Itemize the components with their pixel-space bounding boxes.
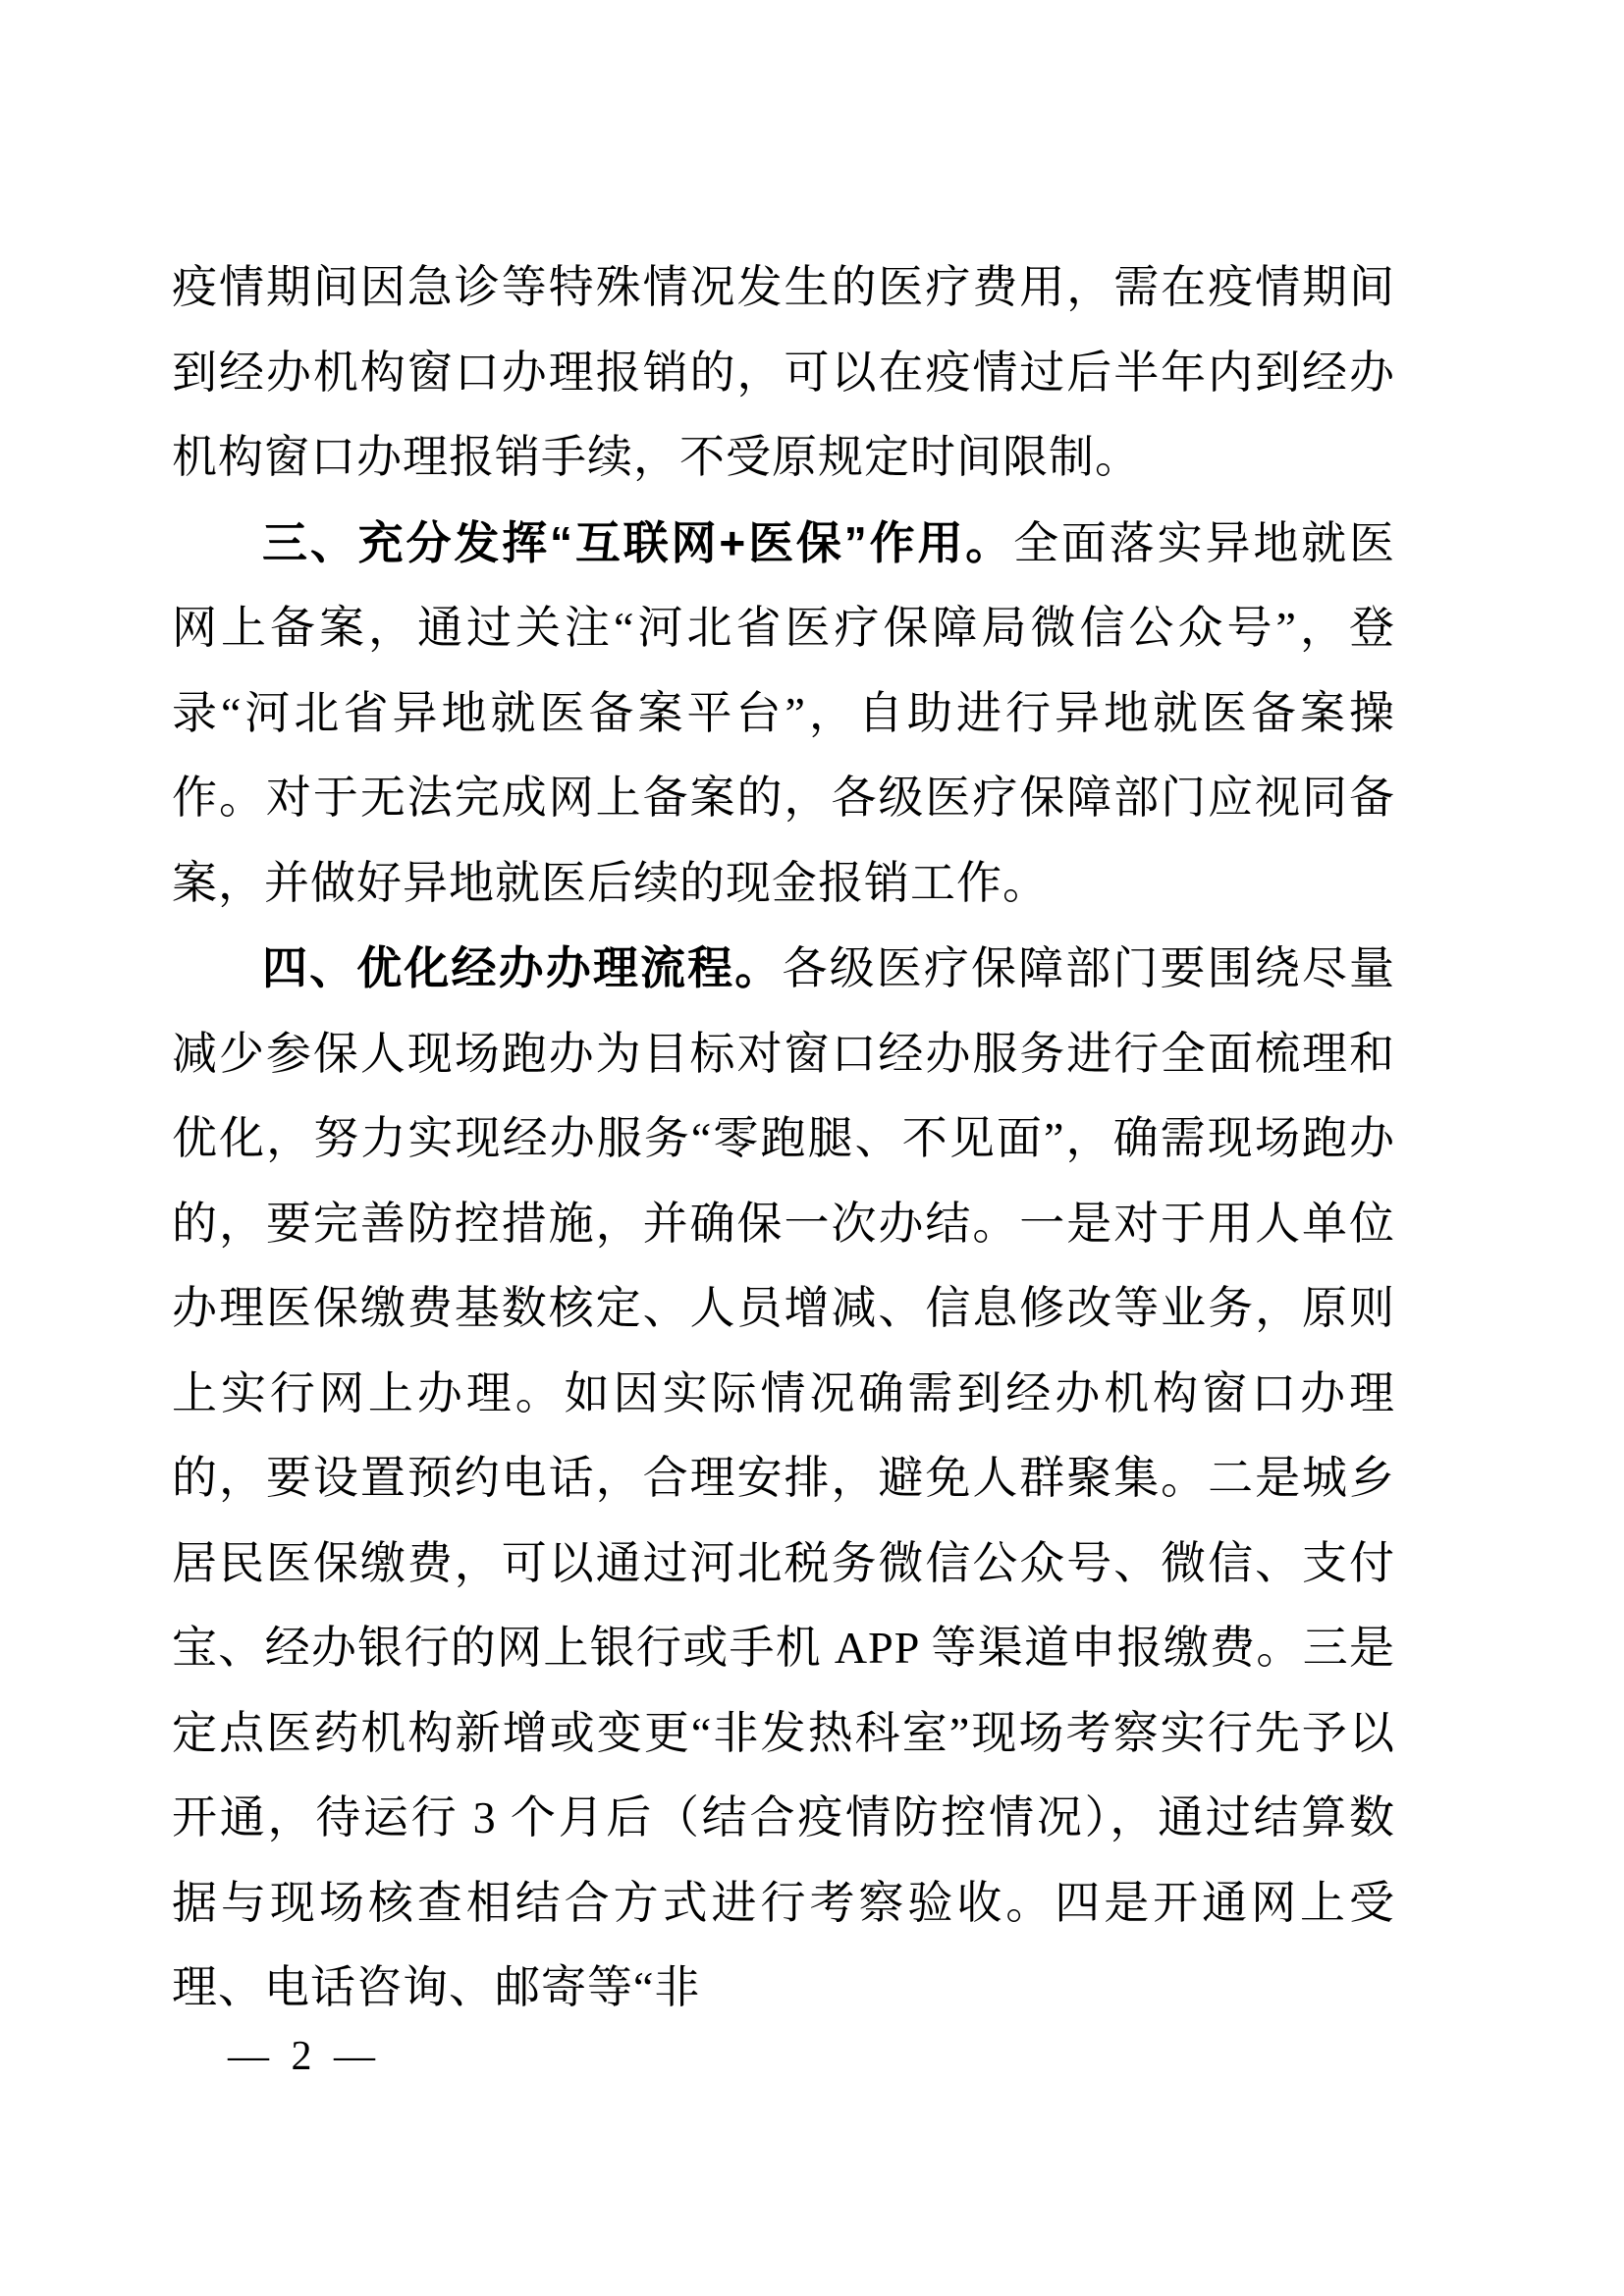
paragraph-text: 疫情期间因急诊等特殊情况发生的医疗费用，需在疫情期间到经办机构窗口办理报销的，可… — [172, 262, 1395, 482]
paragraph-section-four: 四、优化经办办理流程。各级医疗保障部门要围绕尽量减少参保人现场跑办为目标对窗口经… — [172, 926, 1395, 2031]
paragraph-text: 全面落实异地就医网上备案，通过关注“河北省医疗保障局微信公众号”，登录“河北省异… — [172, 518, 1395, 908]
paragraph-section-three: 三、充分发挥“互联网+医保”作用。全面落实异地就医网上备案，通过关注“河北省医疗… — [172, 501, 1395, 927]
section-three-heading: 三、充分发挥“互联网+医保”作用。 — [262, 517, 1013, 568]
page-number: — 2 — — [228, 2034, 381, 2079]
document-page: 疫情期间因急诊等特殊情况发生的医疗费用，需在疫情期间到经办机构窗口办理报销的，可… — [0, 0, 1624, 2296]
paragraph-continuation: 疫情期间因急诊等特殊情况发生的医疗费用，需在疫情期间到经办机构窗口办理报销的，可… — [172, 245, 1395, 501]
section-four-heading: 四、优化经办办理流程。 — [262, 942, 782, 993]
document-body: 疫情期间因急诊等特殊情况发生的医疗费用，需在疫情期间到经办机构窗口办理报销的，可… — [172, 245, 1395, 2031]
paragraph-text: 各级医疗保障部门要围绕尽量减少参保人现场跑办为目标对窗口经办服务进行全面梳理和优… — [172, 943, 1395, 2012]
